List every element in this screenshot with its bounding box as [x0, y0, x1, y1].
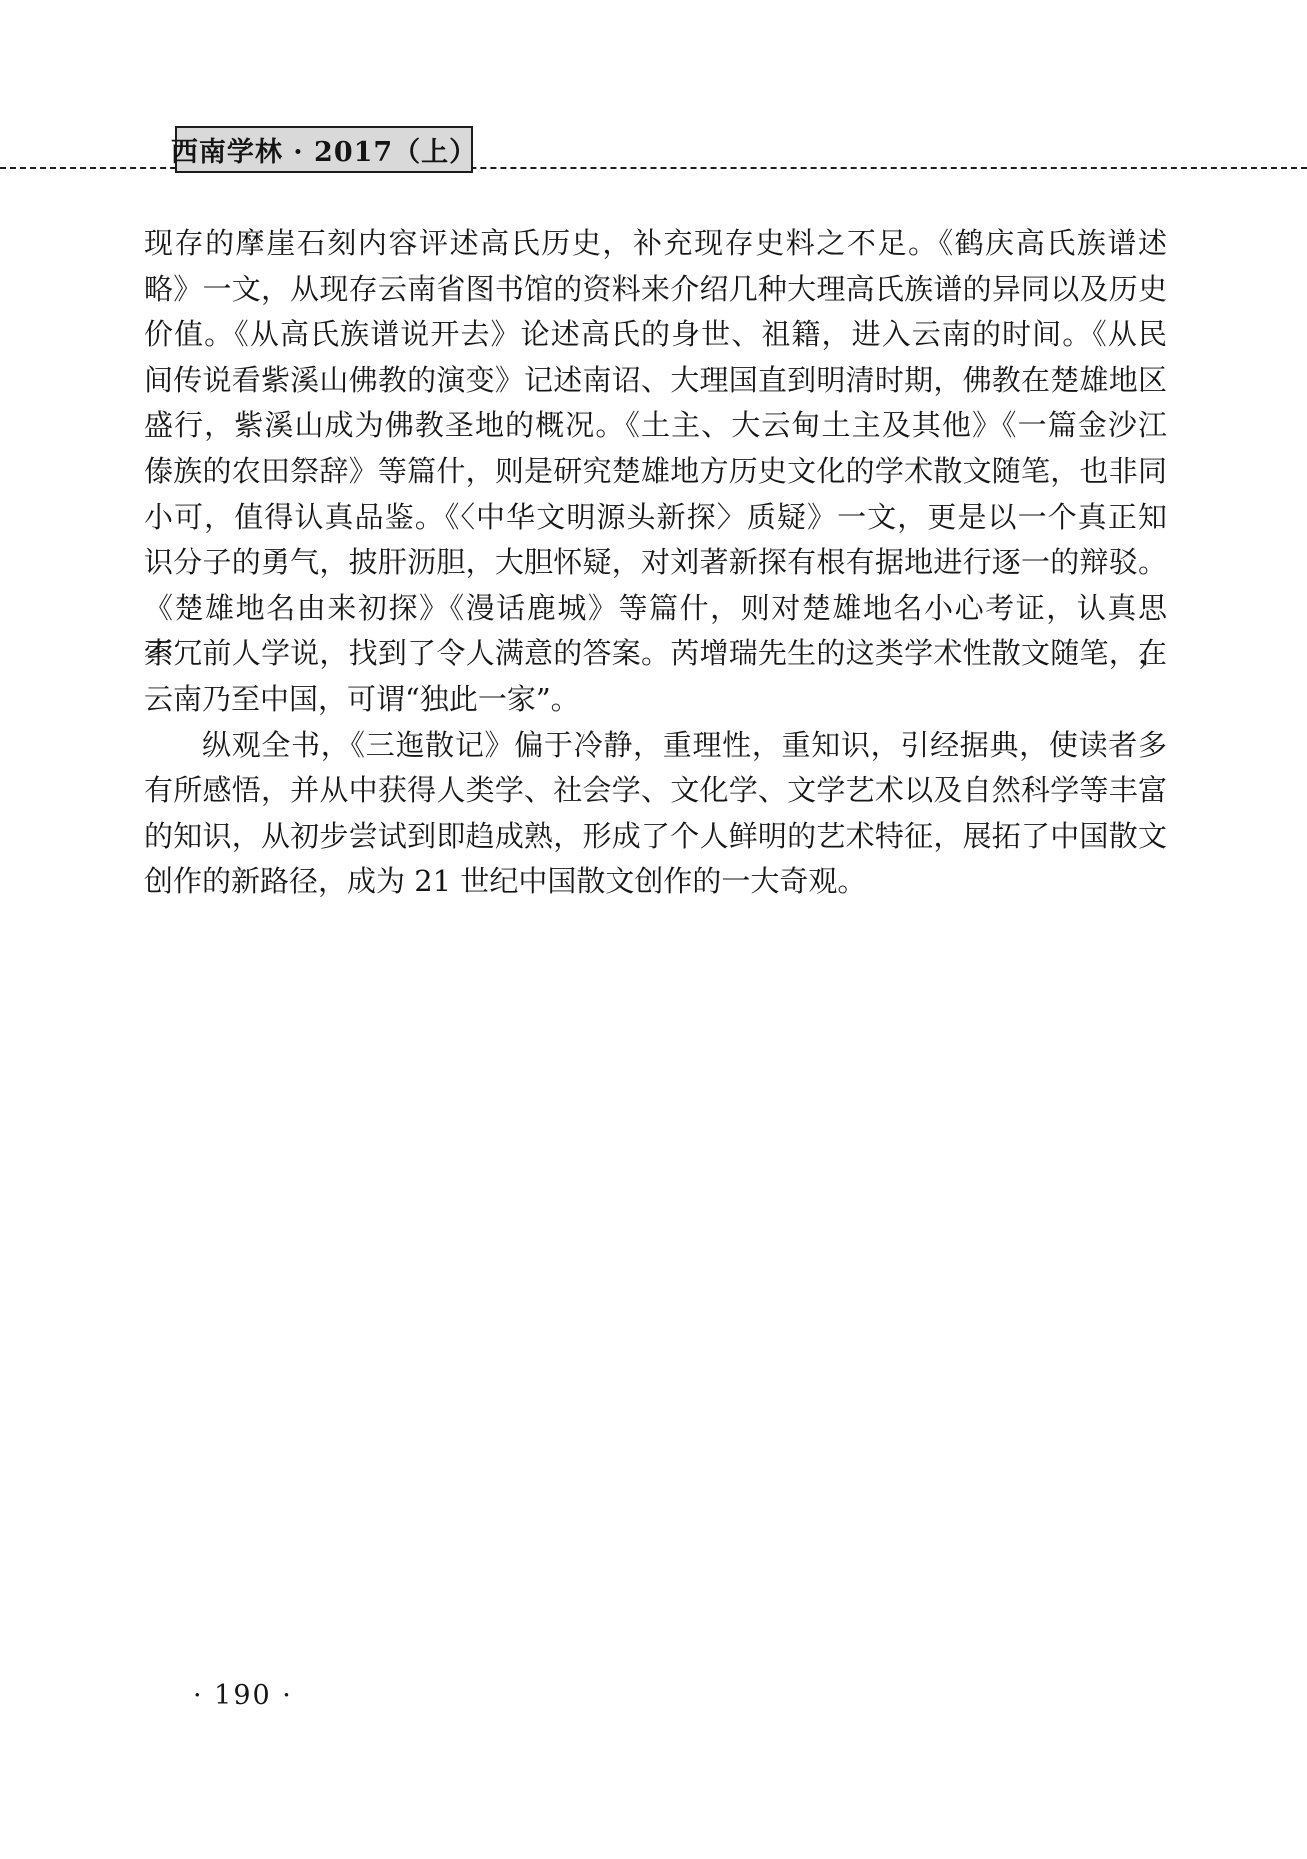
paragraph-1-line: 间传说看紫溪山佛教的演变》记述南诏、大理国直到明清时期，佛教在楚雄地区	[144, 358, 1167, 404]
body-text: 现存的摩崖石刻内容评述高氏历史，补充现存史料之不足。《鹤庆高氏族谱述 略》一文，…	[144, 221, 1167, 905]
document-page: 西南学林 · 2017（上） 现存的摩崖石刻内容评述高氏历史，补充现存史料之不足…	[0, 0, 1307, 1859]
page-number: · 190 ·	[193, 1680, 293, 1711]
paragraph-1-line: 云南乃至中国，可谓“独此一家”。	[144, 677, 1167, 723]
paragraph-1-line: 傣族的农田祭辞》等篇什，则是研究楚雄地方历史文化的学术散文随笔，也非同	[144, 449, 1167, 495]
paragraph-1-line: 盛行，紫溪山成为佛教圣地的概况。《土主、大云甸土主及其他》《一篇金沙江	[144, 403, 1167, 449]
paragraph-1-line: 不冗前人学说，找到了令人满意的答案。芮增瑞先生的这类学术性散文随笔，在	[144, 631, 1167, 677]
paragraph-2-line: 创作的新路径，成为 21 世纪中国散文创作的一大奇观。	[144, 859, 1167, 905]
paragraph-1-line: 现存的摩崖石刻内容评述高氏历史，补充现存史料之不足。《鹤庆高氏族谱述	[144, 221, 1167, 267]
paragraph-2-line: 有所感悟，并从中获得人类学、社会学、文化学、文学艺术以及自然科学等丰富	[144, 768, 1167, 814]
paragraph-1-line: 识分子的勇气，披肝沥胆，大胆怀疑，对刘著新探有根有据地进行逐一的辩驳。	[144, 540, 1167, 586]
running-header-title: 西南学林 · 2017（上）	[171, 130, 477, 169]
paragraph-2-line: 的知识，从初步尝试到即趋成熟，形成了个人鲜明的艺术特征，展拓了中国散文	[144, 814, 1167, 860]
paragraph-2-line: 纵观全书，《三迤散记》偏于冷静，重理性，重知识，引经据典，使读者多	[144, 723, 1167, 769]
paragraph-1-line: 小可，值得认真品鉴。《〈中华文明源头新探〉质疑》一文，更是以一个真正知	[144, 495, 1167, 541]
paragraph-1-line: 略》一文，从现存云南省图书馆的资料来介绍几种大理高氏族谱的异同以及历史	[144, 267, 1167, 313]
running-header: 西南学林 · 2017（上）	[175, 126, 473, 173]
paragraph-1-line: 《楚雄地名由来初探》《漫话鹿城》等篇什，则对楚雄地名小心考证，认真思索，	[144, 586, 1167, 632]
paragraph-1-line: 价值。《从高氏族谱说开去》论述高氏的身世、祖籍，进入云南的时间。《从民	[144, 312, 1167, 358]
